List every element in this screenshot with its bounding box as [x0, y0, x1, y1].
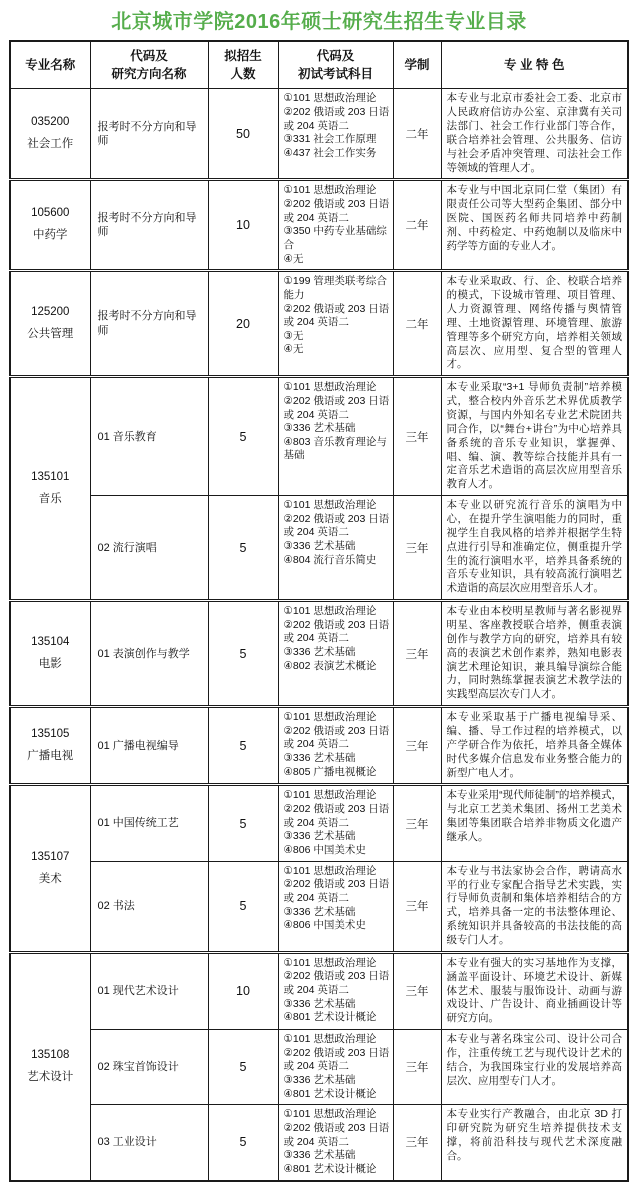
- exam-subject-line: ②202 俄语或 203 日语或 204 英语二: [284, 619, 390, 646]
- features-cell: 本专业由本校明星教师与著名影视界明星、客座教授联合培养，侧重表演创作与教学方向的…: [441, 601, 628, 707]
- table-row: 135105 广播电视01 广播电视编导5①101 思想政治理论②202 俄语或…: [10, 707, 628, 785]
- exam-subject-line: ①101 思想政治理论: [284, 865, 390, 879]
- major-name-cell: 035200 社会工作: [10, 89, 90, 180]
- table-row: 135108 艺术设计01 现代艺术设计10①101 思想政治理论②202 俄语…: [10, 952, 628, 1029]
- direction-cell: 报考时不分方向和导师: [90, 271, 208, 377]
- features-cell: 本专业采用“现代师徒制”的培养模式，与北京工艺美术集团、扬州工艺美术集团等集团联…: [441, 785, 628, 861]
- exam-subject-line: ③336 艺术基础: [284, 752, 390, 766]
- exam-subject-line: ①101 思想政治理论: [284, 499, 390, 513]
- table-row: 135104 电影01 表演创作与教学5①101 思想政治理论②202 俄语或 …: [10, 601, 628, 707]
- quota-cell: 5: [208, 1030, 278, 1105]
- table-row: 02 珠宝首饰设计5①101 思想政治理论②202 俄语或 203 日语或 20…: [10, 1030, 628, 1105]
- exam-subject-line: ④804 流行音乐简史: [284, 554, 390, 568]
- features-cell: 本专业采取基于广播电视编导采、编、播、导工作过程的培养模式，以产学研合作为依托，…: [441, 707, 628, 785]
- exam-subject-line: ③336 艺术基础: [284, 906, 390, 920]
- header-cell-major-name: 专业名称: [10, 41, 90, 89]
- exam-subject-line: ②202 俄语或 203 日语或 204 英语二: [284, 198, 390, 225]
- exam-subject-line: ④803 音乐教育理论与基础: [284, 436, 390, 463]
- exam-subject-line: ②202 俄语或 203 日语或 204 英语二: [284, 725, 390, 752]
- table-row: 02 流行演唱5①101 思想政治理论②202 俄语或 203 日语或 204 …: [10, 496, 628, 601]
- catalog-table: 专业名称 代码及 研究方向名称 拟招生 人数 代码及 初试考试科目 学制 专 业…: [9, 40, 629, 1182]
- header-cell-quota: 拟招生 人数: [208, 41, 278, 89]
- major-name-cell: 135108 艺术设计: [10, 952, 90, 1180]
- page-title: 北京城市学院2016年硕士研究生招生专业目录: [0, 5, 638, 34]
- duration-cell: 三年: [393, 1105, 441, 1181]
- exam-subject-line: ④无: [284, 253, 390, 267]
- duration-cell: 二年: [393, 89, 441, 180]
- duration-cell: 二年: [393, 271, 441, 377]
- page: 北京城市学院2016年硕士研究生招生专业目录 专业名称 代码及 研究方向名称 拟…: [0, 0, 638, 1192]
- features-cell: 本专业与中国北京同仁堂（集团）有限责任公司等大型药企集团、部分中医院、国医药名师…: [441, 180, 628, 271]
- features-cell: 本专业与书法家协会合作，聘请高水平的行业专家配合指导艺术实践，实行导师负责制和集…: [441, 861, 628, 952]
- major-name-cell: 105600 中药学: [10, 180, 90, 271]
- quota-cell: 5: [208, 377, 278, 496]
- exam-subject-line: ②202 俄语或 203 日语或 204 英语二: [284, 1047, 390, 1074]
- exam-subject-line: ④437 社会工作实务: [284, 147, 390, 161]
- major-name-cell: 135107 美术: [10, 785, 90, 952]
- duration-cell: 三年: [393, 601, 441, 707]
- features-cell: 本专业实行产教融合，由北京 3D 打印研究院为研究生培养提供技术支撑，将前沿科技…: [441, 1105, 628, 1181]
- quota-cell: 10: [208, 952, 278, 1029]
- quota-cell: 20: [208, 271, 278, 377]
- exam-subject-line: ④801 艺术设计概论: [284, 1088, 390, 1102]
- subjects-cell: ①199 管理类联考综合能力②202 俄语或 203 日语或 204 英语二③无…: [278, 271, 393, 377]
- direction-cell: 02 珠宝首饰设计: [90, 1030, 208, 1105]
- major-name-cell: 135104 电影: [10, 601, 90, 707]
- direction-cell: 01 现代艺术设计: [90, 952, 208, 1029]
- exam-subject-line: ③336 艺术基础: [284, 1074, 390, 1088]
- subjects-cell: ①101 思想政治理论②202 俄语或 203 日语或 204 英语二③331 …: [278, 89, 393, 180]
- duration-cell: 三年: [393, 377, 441, 496]
- subjects-cell: ①101 思想政治理论②202 俄语或 203 日语或 204 英语二③336 …: [278, 1030, 393, 1105]
- exam-subject-line: ②202 俄语或 203 日语或 204 英语二: [284, 106, 390, 133]
- features-cell: 本专业有强大的实习基地作为支撑，涵盖平面设计、环境艺术设计、新媒体艺术、服装与服…: [441, 952, 628, 1029]
- duration-cell: 二年: [393, 180, 441, 271]
- header-cell-subjects: 代码及 初试考试科目: [278, 41, 393, 89]
- direction-cell: 02 书法: [90, 861, 208, 952]
- features-cell: 本专业与著名珠宝公司、设计公司合作，注重传统工艺与现代设计艺术的结合，为我国珠宝…: [441, 1030, 628, 1105]
- exam-subject-line: ②202 俄语或 203 日语或 204 英语二: [284, 878, 390, 905]
- quota-cell: 5: [208, 861, 278, 952]
- major-name-cell: 135105 广播电视: [10, 707, 90, 785]
- subjects-cell: ①101 思想政治理论②202 俄语或 203 日语或 204 英语二③336 …: [278, 861, 393, 952]
- table-row: 035200 社会工作报考时不分方向和导师50①101 思想政治理论②202 俄…: [10, 89, 628, 180]
- major-name-cell: 135101 音乐: [10, 377, 90, 601]
- exam-subject-line: ③336 艺术基础: [284, 422, 390, 436]
- header-row: 专业名称 代码及 研究方向名称 拟招生 人数 代码及 初试考试科目 学制 专 业…: [10, 41, 628, 89]
- exam-subject-line: ③331 社会工作原理: [284, 133, 390, 147]
- exam-subject-line: ②202 俄语或 203 日语或 204 英语二: [284, 303, 390, 330]
- subjects-cell: ①101 思想政治理论②202 俄语或 203 日语或 204 英语二③336 …: [278, 1105, 393, 1181]
- direction-cell: 01 表演创作与教学: [90, 601, 208, 707]
- direction-cell: 01 音乐教育: [90, 377, 208, 496]
- header-cell-direction: 代码及 研究方向名称: [90, 41, 208, 89]
- quota-cell: 5: [208, 496, 278, 601]
- exam-subject-line: ①101 思想政治理论: [284, 605, 390, 619]
- features-cell: 本专业采取“3+1 导师负责制”培养模式，整合校内外音乐艺术界优质教学资源，与国…: [441, 377, 628, 496]
- direction-cell: 01 广播电视编导: [90, 707, 208, 785]
- exam-subject-line: ④801 艺术设计概论: [284, 1011, 390, 1025]
- table-row: 02 书法5①101 思想政治理论②202 俄语或 203 日语或 204 英语…: [10, 861, 628, 952]
- exam-subject-line: ①101 思想政治理论: [284, 184, 390, 198]
- exam-subject-line: ②202 俄语或 203 日语或 204 英语二: [284, 970, 390, 997]
- duration-cell: 三年: [393, 1030, 441, 1105]
- quota-cell: 5: [208, 707, 278, 785]
- direction-cell: 报考时不分方向和导师: [90, 89, 208, 180]
- exam-subject-line: ④806 中国美术史: [284, 919, 390, 933]
- exam-subject-line: ①101 思想政治理论: [284, 789, 390, 803]
- quota-cell: 5: [208, 1105, 278, 1181]
- direction-cell: 01 中国传统工艺: [90, 785, 208, 861]
- header-cell-features: 专 业 特 色: [441, 41, 628, 89]
- exam-subject-line: ③无: [284, 330, 390, 344]
- exam-subject-line: ③350 中药专业基础综合: [284, 225, 390, 252]
- exam-subject-line: ①101 思想政治理论: [284, 381, 390, 395]
- exam-subject-line: ②202 俄语或 203 日语或 204 英语二: [284, 1122, 390, 1149]
- exam-subject-line: ①101 思想政治理论: [284, 92, 390, 106]
- exam-subject-line: ③336 艺术基础: [284, 1149, 390, 1163]
- direction-cell: 02 流行演唱: [90, 496, 208, 601]
- features-cell: 本专业采取政、行、企、校联合培养的模式，下设城市管理、项目管理、人力资源管理、网…: [441, 271, 628, 377]
- table-row: 125200 公共管理报考时不分方向和导师20①199 管理类联考综合能力②20…: [10, 271, 628, 377]
- subjects-cell: ①101 思想政治理论②202 俄语或 203 日语或 204 英语二③336 …: [278, 496, 393, 601]
- exam-subject-line: ①101 思想政治理论: [284, 711, 390, 725]
- exam-subject-line: ④无: [284, 343, 390, 357]
- exam-subject-line: ④802 表演艺术概论: [284, 660, 390, 674]
- quota-cell: 5: [208, 785, 278, 861]
- duration-cell: 三年: [393, 496, 441, 601]
- exam-subject-line: ③336 艺术基础: [284, 540, 390, 554]
- header-cell-duration: 学制: [393, 41, 441, 89]
- direction-cell: 03 工业设计: [90, 1105, 208, 1181]
- quota-cell: 50: [208, 89, 278, 180]
- exam-subject-line: ④805 广播电视概论: [284, 766, 390, 780]
- quota-cell: 5: [208, 601, 278, 707]
- exam-subject-line: ④806 中国美术史: [284, 844, 390, 858]
- table-row: 03 工业设计5①101 思想政治理论②202 俄语或 203 日语或 204 …: [10, 1105, 628, 1181]
- exam-subject-line: ③336 艺术基础: [284, 830, 390, 844]
- exam-subject-line: ③336 艺术基础: [284, 646, 390, 660]
- subjects-cell: ①101 思想政治理论②202 俄语或 203 日语或 204 英语二③336 …: [278, 377, 393, 496]
- quota-cell: 10: [208, 180, 278, 271]
- duration-cell: 三年: [393, 707, 441, 785]
- duration-cell: 三年: [393, 785, 441, 861]
- subjects-cell: ①101 思想政治理论②202 俄语或 203 日语或 204 英语二③336 …: [278, 952, 393, 1029]
- subjects-cell: ①101 思想政治理论②202 俄语或 203 日语或 204 英语二③350 …: [278, 180, 393, 271]
- exam-subject-line: ①101 思想政治理论: [284, 1033, 390, 1047]
- table-row: 135107 美术01 中国传统工艺5①101 思想政治理论②202 俄语或 2…: [10, 785, 628, 861]
- table-row: 105600 中药学报考时不分方向和导师10①101 思想政治理论②202 俄语…: [10, 180, 628, 271]
- exam-subject-line: ①101 思想政治理论: [284, 1108, 390, 1122]
- exam-subject-line: ②202 俄语或 203 日语或 204 英语二: [284, 395, 390, 422]
- features-cell: 本专业以研究流行音乐的演唱为中心，在提升学生演唱能力的同时，重视学生自我风格的培…: [441, 496, 628, 601]
- features-cell: 本专业与北京市委社会工委、北京市人民政府信访办公室、京津冀有关司法部门、社会工作…: [441, 89, 628, 180]
- subjects-cell: ①101 思想政治理论②202 俄语或 203 日语或 204 英语二③336 …: [278, 601, 393, 707]
- subjects-cell: ①101 思想政治理论②202 俄语或 203 日语或 204 英语二③336 …: [278, 707, 393, 785]
- exam-subject-line: ①101 思想政治理论: [284, 957, 390, 971]
- table-row: 135101 音乐01 音乐教育5①101 思想政治理论②202 俄语或 203…: [10, 377, 628, 496]
- catalog-table-body: 035200 社会工作报考时不分方向和导师50①101 思想政治理论②202 俄…: [10, 89, 628, 1181]
- exam-subject-line: ④801 艺术设计概论: [284, 1163, 390, 1177]
- exam-subject-line: ②202 俄语或 203 日语或 204 英语二: [284, 803, 390, 830]
- major-name-cell: 125200 公共管理: [10, 271, 90, 377]
- exam-subject-line: ①199 管理类联考综合能力: [284, 275, 390, 302]
- subjects-cell: ①101 思想政治理论②202 俄语或 203 日语或 204 英语二③336 …: [278, 785, 393, 861]
- exam-subject-line: ③336 艺术基础: [284, 998, 390, 1012]
- duration-cell: 三年: [393, 861, 441, 952]
- exam-subject-line: ②202 俄语或 203 日语或 204 英语二: [284, 513, 390, 540]
- duration-cell: 三年: [393, 952, 441, 1029]
- direction-cell: 报考时不分方向和导师: [90, 180, 208, 271]
